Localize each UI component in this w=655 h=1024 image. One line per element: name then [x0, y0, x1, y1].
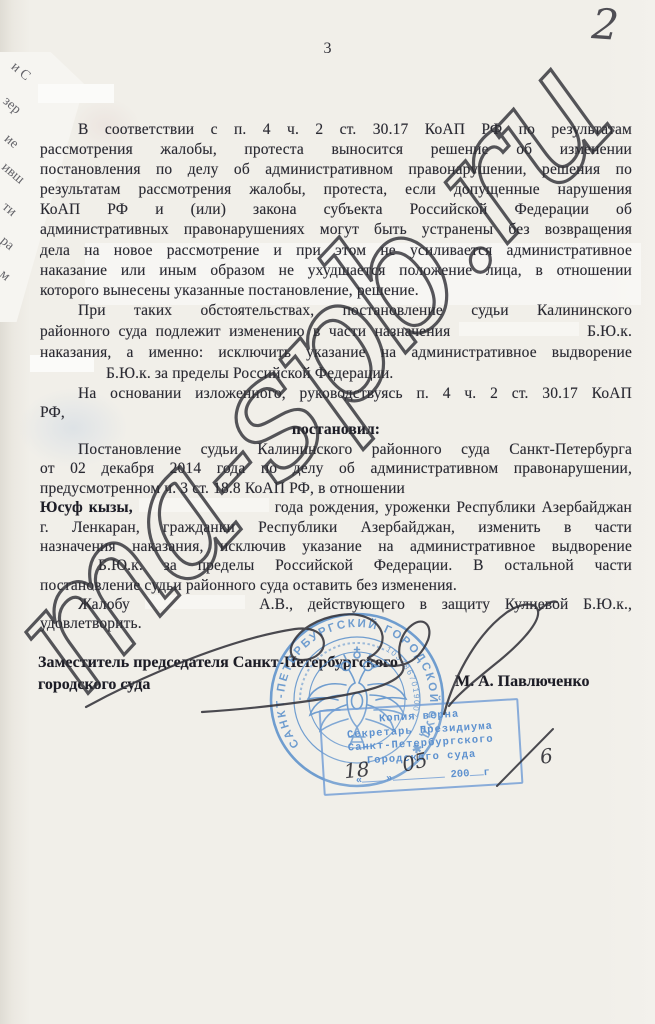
watermark: ma-spb.ru — [0, 0, 655, 1024]
scanned-court-document: и Сзериеивштирам 3 2 В соответствии с п.… — [0, 0, 655, 1024]
watermark-text: ma-spb.ru — [0, 20, 646, 730]
